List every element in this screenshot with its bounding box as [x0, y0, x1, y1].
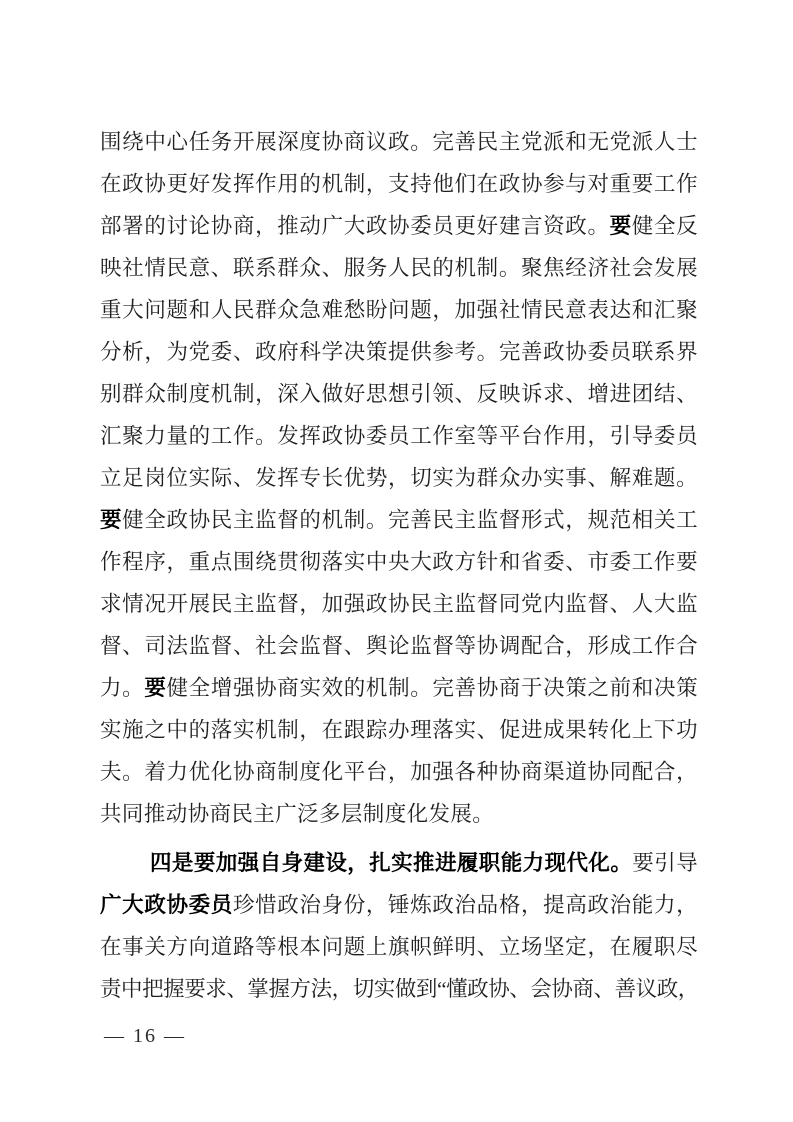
body-text: 作程序，重点围绕贯彻落实中央大政方针和省委、市委工作要: [100, 550, 698, 574]
paragraph-section-four-self-building: 四是要加强自身建设，扎实推进履职能力现代化。要引导广大政协委员珍惜政治身份，锤炼…: [100, 842, 698, 1010]
emphasis-text: 要: [610, 214, 632, 238]
body-text: 力。: [100, 676, 144, 700]
emphasis-text: 要: [100, 508, 122, 532]
text-line: 围绕中心任务开展深度协商议政。完善民主党派和无党派人士: [100, 121, 698, 163]
body-text: 汇聚力量的工作。发挥政协委员工作室等平台作用，引导委员: [100, 424, 698, 448]
text-line: 督、司法监督、社会监督、舆论监督等协调配合，形成工作合: [100, 625, 698, 667]
body-text: 要引导: [632, 851, 698, 875]
body-text: 在事关方向道路等根本问题上旗帜鲜明、立场坚定，在履职尽: [100, 935, 698, 959]
body-text: 别群众制度机制，深入做好思想引领、反映诉求、增进团结、: [100, 382, 698, 406]
body-text: 求情况开展民主监督，加强政协民主监督同党内监督、人大监: [100, 592, 698, 616]
text-line: 映社情民意、联系群众、服务人民的机制。聚焦经济社会发展: [100, 247, 698, 289]
text-line: 在事关方向道路等根本问题上旗帜鲜明、立场坚定，在履职尽: [100, 926, 698, 968]
text-line: 责中把握要求、掌握方法，切实做到“懂政协、会协商、善议政，: [100, 968, 698, 1010]
text-line: 求情况开展民主监督，加强政协民主监督同党内监督、人大监: [100, 583, 698, 625]
body-text: 在政协更好发挥作用的机制，支持他们在政协参与对重要工作: [100, 172, 698, 196]
text-line: 实施之中的落实机制，在跟踪办理落实、促进成果转化上下功: [100, 709, 698, 751]
body-text: 健全反: [632, 214, 698, 238]
body-text: 分析，为党委、政府科学决策提供参考。完善政协委员联系界: [100, 340, 698, 364]
text-line: 夫。着力优化协商制度化平台，加强各种协商渠道协同配合，: [100, 751, 698, 793]
text-line: 重大问题和人民群众急难愁盼问题，加强社情民意表达和汇聚: [100, 289, 698, 331]
body-text: 责中把握要求、掌握方法，切实做到“懂政协、会协商、善议政，: [100, 977, 698, 1001]
text-line: 汇聚力量的工作。发挥政协委员工作室等平台作用，引导委员: [100, 415, 698, 457]
body-text: 重大问题和人民群众急难愁盼问题，加强社情民意表达和汇聚: [100, 298, 698, 322]
text-line: 四是要加强自身建设，扎实推进履职能力现代化。要引导: [100, 842, 698, 884]
body-text: 健全增强协商实效的机制。完善协商于决策之前和决策: [167, 676, 699, 700]
text-line: 作程序，重点围绕贯彻落实中央大政方针和省委、市委工作要: [100, 541, 698, 583]
body-text: 珍惜政治身份，锤炼政治品格，提高政治能力，: [233, 893, 698, 917]
text-line: 在政协更好发挥作用的机制，支持他们在政协参与对重要工作: [100, 163, 698, 205]
body-text: 立足岗位实际、发挥专长优势，切实为群众办实事、解难题。: [100, 466, 698, 490]
body-text: 共同推动协商民主广泛多层制度化发展。: [100, 802, 494, 826]
document-page: 围绕中心任务开展深度协商议政。完善民主党派和无党派人士在政协更好发挥作用的机制，…: [0, 0, 793, 1122]
body-text: 督、司法监督、社会监督、舆论监督等协调配合，形成工作合: [100, 634, 698, 658]
page-number: — 16 —: [104, 1023, 186, 1049]
body-text: 健全政协民主监督的机制。完善民主监督形式，规范相关工: [122, 508, 698, 532]
emphasis-text: 广大政协委员: [100, 893, 233, 917]
body-text: 夫。着力优化协商制度化平台，加强各种协商渠道协同配合，: [100, 760, 698, 784]
text-line: 共同推动协商民主广泛多层制度化发展。: [100, 793, 698, 835]
body-text: 围绕中心任务开展深度协商议政。完善民主党派和无党派人士: [100, 130, 698, 154]
text-line: 力。要健全增强协商实效的机制。完善协商于决策之前和决策: [100, 667, 698, 709]
text-line: 分析，为党委、政府科学决策提供参考。完善政协委员联系界: [100, 331, 698, 373]
text-line: 要健全政协民主监督的机制。完善民主监督形式，规范相关工: [100, 499, 698, 541]
emphasis-text: 要: [144, 676, 166, 700]
body-text: 部署的讨论协商，推动广大政协委员更好建言资政。: [100, 214, 610, 238]
text-line: 立足岗位实际、发挥专长优势，切实为群众办实事、解难题。: [100, 457, 698, 499]
emphasis-text: 四是要加强自身建设，扎实推进履职能力现代化。: [150, 851, 632, 875]
text-line: 广大政协委员珍惜政治身份，锤炼政治品格，提高政治能力，: [100, 884, 698, 926]
text-line: 别群众制度机制，深入做好思想引领、反映诉求、增进团结、: [100, 373, 698, 415]
document-body: 围绕中心任务开展深度协商议政。完善民主党派和无党派人士在政协更好发挥作用的机制，…: [100, 121, 698, 1010]
paragraph-consultation-mechanisms: 围绕中心任务开展深度协商议政。完善民主党派和无党派人士在政协更好发挥作用的机制，…: [100, 121, 698, 835]
text-line: 部署的讨论协商，推动广大政协委员更好建言资政。要健全反: [100, 205, 698, 247]
body-text: 映社情民意、联系群众、服务人民的机制。聚焦经济社会发展: [100, 256, 698, 280]
body-text: 实施之中的落实机制，在跟踪办理落实、促进成果转化上下功: [100, 718, 698, 742]
